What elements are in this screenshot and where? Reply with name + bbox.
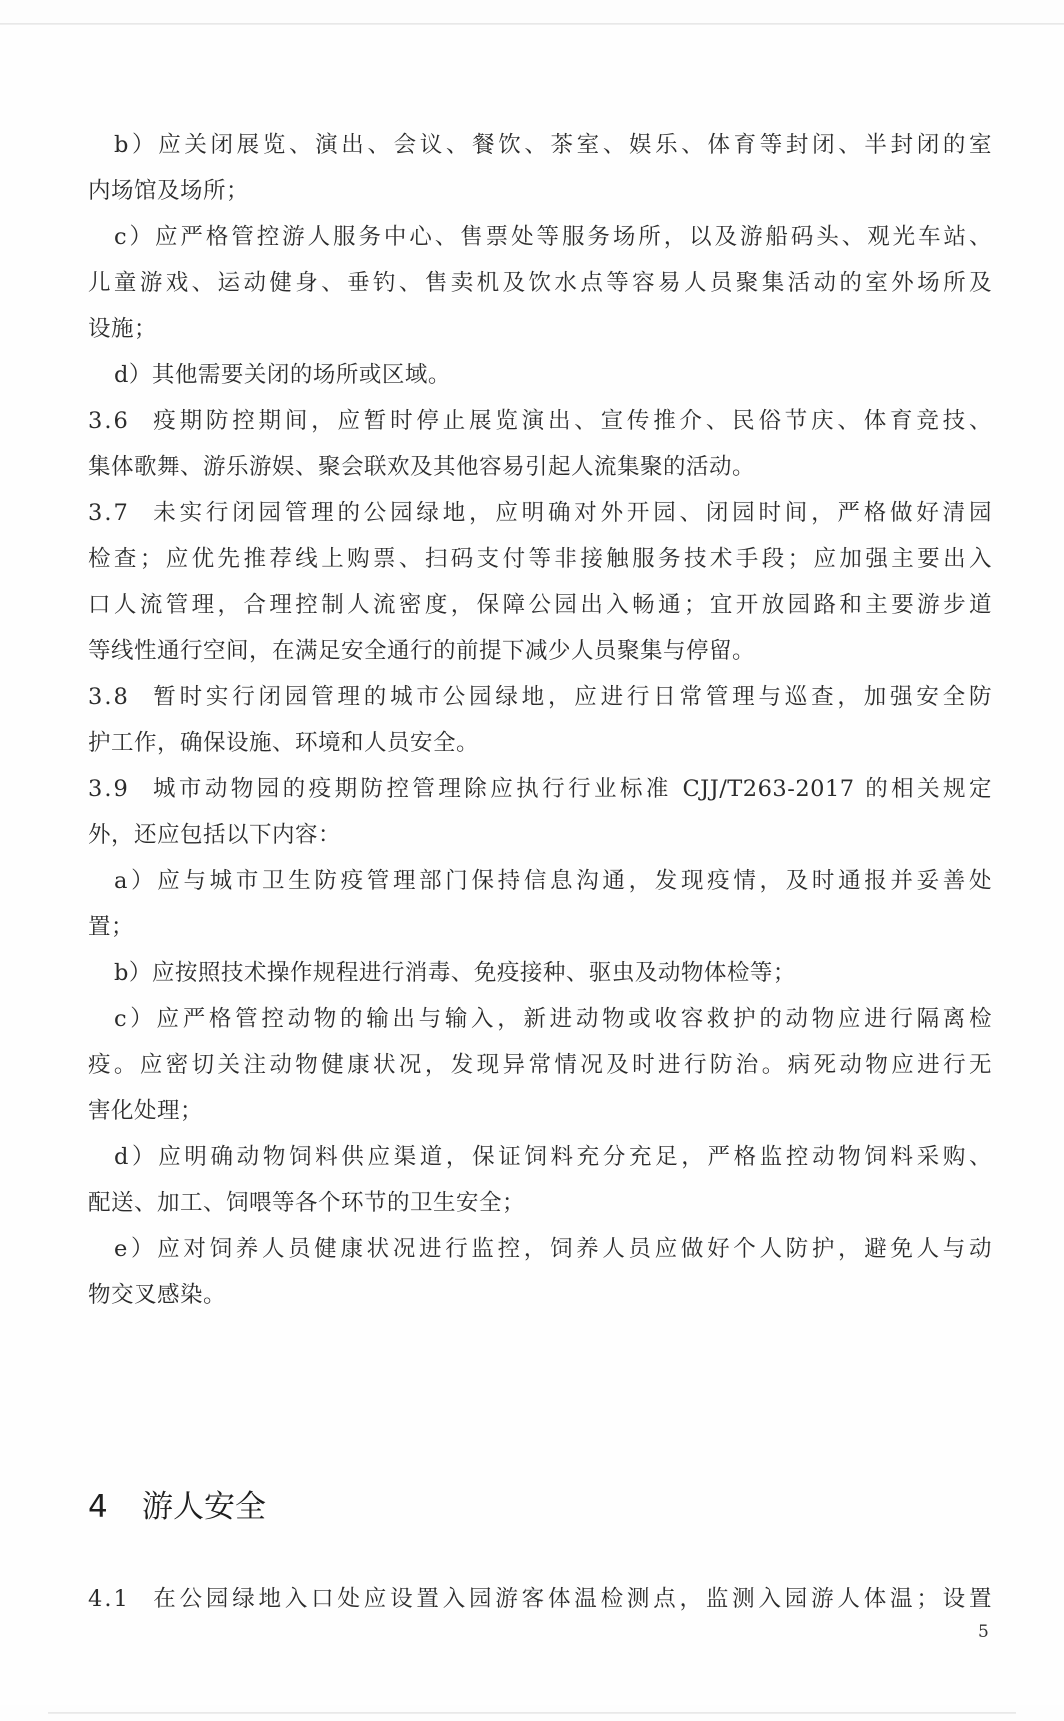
text-line: 外，还应包括以下内容： — [88, 812, 992, 858]
text-line: 检查；应优先推荐线上购票、扫码支付等非接触服务技术手段；应加强主要出入 — [88, 536, 992, 582]
clause-3-9-line: 3.9城市动物园的疫期防控管理除应执行行业标准 CJJ/T263-2017 的相… — [88, 766, 992, 812]
clause-3-7-line: 3.7未实行闭园管理的公园绿地，应明确对外开园、闭园时间，严格做好清园 — [88, 490, 992, 536]
text-line: 配送、加工、饲喂等各个环节的卫生安全； — [88, 1180, 992, 1226]
section-title: 游人安全 — [142, 1489, 266, 1525]
text-line: 置； — [88, 904, 992, 950]
text-line: a）应与城市卫生防疫管理部门保持信息沟通，发现疫情，及时通报并妥善处 — [88, 858, 992, 904]
text-line: c）应严格管控动物的输出与输入，新进动物或收容救护的动物应进行隔离检 — [88, 996, 992, 1042]
clause-text: 疫期防控期间，应暂时停止展览演出、宣传推介、民俗节庆、体育竞技、 — [150, 408, 992, 434]
bottom-page-divider — [48, 1712, 1016, 1714]
text-line: d）其他需要关闭的场所或区域。 — [88, 352, 992, 398]
text-line: 内场馆及场所； — [88, 168, 992, 214]
text-line: 口人流管理，合理控制人流密度，保障公园出入畅通；宜开放园路和主要游步道 — [88, 582, 992, 628]
text-line: d）应明确动物饲料供应渠道，保证饲料充分充足，严格监控动物饲料采购、 — [88, 1134, 992, 1180]
text-line: 护工作，确保设施、环境和人员安全。 — [88, 720, 992, 766]
text-line: 设施； — [88, 306, 992, 352]
clause-number: 3.7 — [88, 490, 150, 536]
section-heading: 4游人安全 — [88, 1487, 266, 1527]
text-line: b）应关闭展览、演出、会议、餐饮、茶室、娱乐、体育等封闭、半封闭的室 — [88, 122, 992, 168]
clause-4-1-line: 4.1在公园绿地入口处应设置入园游客体温检测点，监测入园游人体温；设置 — [88, 1576, 992, 1622]
clause-3-8-line: 3.8暂时实行闭园管理的城市公园绿地，应进行日常管理与巡查，加强安全防 — [88, 674, 992, 720]
clause-number: 3.6 — [88, 398, 150, 444]
clause-text: 在公园绿地入口处应设置入园游客体温检测点，监测入园游人体温；设置 — [150, 1586, 992, 1612]
clause-3-6-line: 3.6疫期防控期间，应暂时停止展览演出、宣传推介、民俗节庆、体育竞技、 — [88, 398, 992, 444]
clause-number: 3.9 — [88, 766, 150, 812]
clause-4-1: 4.1在公园绿地入口处应设置入园游客体温检测点，监测入园游人体温；设置 — [88, 1576, 992, 1622]
clause-text: 未实行闭园管理的公园绿地，应明确对外开园、闭园时间，严格做好清园 — [150, 500, 992, 526]
clause-text: 城市动物园的疫期防控管理除应执行行业标准 CJJ/T263-2017 的相关规定 — [150, 776, 992, 802]
text-line: 物交叉感染。 — [88, 1272, 992, 1318]
text-line: 集体歌舞、游乐游娱、聚会联欢及其他容易引起人流集聚的活动。 — [88, 444, 992, 490]
text-line: 害化处理； — [88, 1088, 992, 1134]
text-line: 儿童游戏、运动健身、垂钓、售卖机及饮水点等容易人员聚集活动的室外场所及 — [88, 260, 992, 306]
clause-text: 暂时实行闭园管理的城市公园绿地，应进行日常管理与巡查，加强安全防 — [150, 684, 992, 710]
text-line: b）应按照技术操作规程进行消毒、免疫接种、驱虫及动物体检等； — [88, 950, 992, 996]
page-number: 5 — [978, 1622, 989, 1642]
document-body: b）应关闭展览、演出、会议、餐饮、茶室、娱乐、体育等封闭、半封闭的室 内场馆及场… — [88, 122, 992, 1318]
clause-number: 4.1 — [88, 1576, 150, 1622]
text-line: 等线性通行空间，在满足安全通行的前提下减少人员聚集与停留。 — [88, 628, 992, 674]
clause-number: 3.8 — [88, 674, 150, 720]
text-line: 疫。应密切关注动物健康状况，发现异常情况及时进行防治。病死动物应进行无 — [88, 1042, 992, 1088]
section-number: 4 — [88, 1487, 142, 1527]
text-line: c）应严格管控游人服务中心、售票处等服务场所，以及游船码头、观光车站、 — [88, 214, 992, 260]
text-line: e）应对饲养人员健康状况进行监控，饲养人员应做好个人防护，避免人与动 — [88, 1226, 992, 1272]
